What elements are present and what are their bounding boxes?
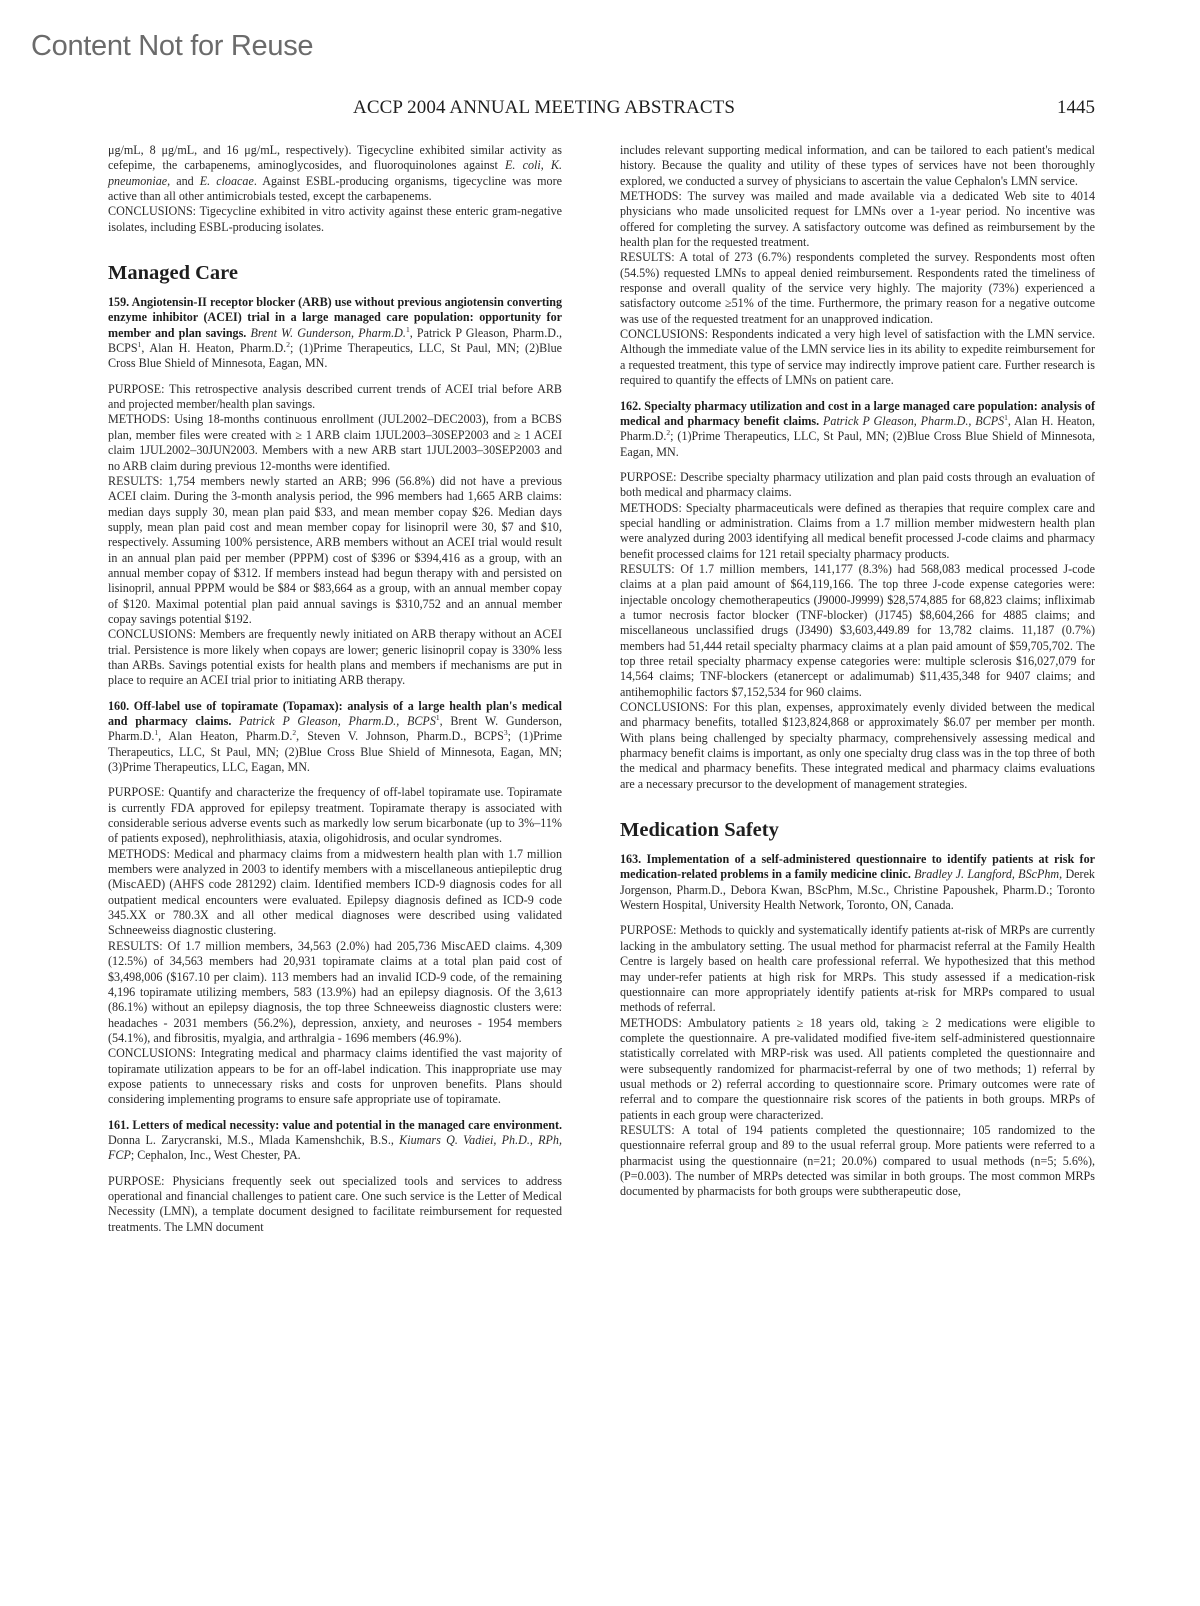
abstract-163: 163. Implementation of a self-administer… — [620, 852, 1095, 1200]
abstract-161-continued: includes relevant supporting medical inf… — [620, 143, 1095, 389]
results-paragraph: RESULTS: A total of 194 patients complet… — [620, 1123, 1095, 1200]
affiliations: ; Cephalon, Inc., West Chester, PA. — [131, 1148, 301, 1162]
page-number: 1445 — [1057, 97, 1095, 119]
results-paragraph: RESULTS: 1,754 members newly started an … — [108, 474, 562, 627]
section-heading-medication-safety: Medication Safety — [620, 818, 1095, 842]
abstract-header: 161. Letters of medical necessity: value… — [108, 1118, 562, 1164]
carryover-results: μg/mL, 8 μg/mL, and 16 μg/mL, respective… — [108, 143, 562, 204]
abstract-body: PURPOSE: Quantify and characterize the f… — [108, 785, 562, 1107]
organism-name: E. coli — [505, 158, 541, 172]
text-run: , — [541, 158, 551, 172]
abstract-body: PURPOSE: Methods to quickly and systemat… — [620, 923, 1095, 1199]
methods-paragraph: METHODS: Medical and pharmacy claims fro… — [108, 847, 562, 939]
conclusions-paragraph: CONCLUSIONS: For this plan, expenses, ap… — [620, 700, 1095, 792]
methods-paragraph: METHODS: Using 18-months continuous enro… — [108, 412, 562, 473]
organism-name: E. cloacae — [200, 174, 254, 188]
methods-paragraph: METHODS: The survey was mailed and made … — [620, 189, 1095, 250]
text-run: μg/mL, 8 μg/mL, and 16 μg/mL, respective… — [108, 143, 562, 172]
authors: , Alan Heaton, Pharm.D. — [158, 729, 292, 743]
results-paragraph: RESULTS: Of 1.7 million members, 141,177… — [620, 562, 1095, 700]
conclusions-paragraph: CONCLUSIONS: Members are frequently newl… — [108, 627, 562, 688]
abstract-header: 160. Off-label use of topiramate (Topama… — [108, 699, 562, 776]
authors: Donna L. Zarycranski, M.S., Mlada Kamens… — [108, 1133, 399, 1147]
abstract-body: PURPOSE: This retrospective analysis des… — [108, 382, 562, 689]
abstract-160: 160. Off-label use of topiramate (Topama… — [108, 699, 562, 1108]
abstract-159: 159. Angiotensin-II receptor blocker (AR… — [108, 295, 562, 689]
purpose-paragraph: PURPOSE: Methods to quickly and systemat… — [620, 923, 1095, 1015]
abstract-body: includes relevant supporting medical inf… — [620, 143, 1095, 389]
presenting-author: Patrick P Gleason, Pharm.D., BCPS — [823, 414, 1004, 428]
presenting-author: Bradley J. Langford, BScPhm — [914, 867, 1059, 881]
carryover-abstract: μg/mL, 8 μg/mL, and 16 μg/mL, respective… — [108, 143, 562, 235]
affiliations: ; (1)Prime Therapeutics, LLC, St Paul, M… — [620, 429, 1095, 458]
journal-running-title: ACCP 2004 ANNUAL MEETING ABSTRACTS — [353, 97, 735, 119]
results-paragraph: RESULTS: A total of 273 (6.7%) responden… — [620, 250, 1095, 327]
abstract-header: 159. Angiotensin-II receptor blocker (AR… — [108, 295, 562, 372]
conclusions-paragraph: CONCLUSIONS: Respondents indicated a ver… — [620, 327, 1095, 388]
purpose-paragraph: PURPOSE: Physicians frequently seek out … — [108, 1174, 562, 1235]
authors: , Alan H. Heaton, Pharm.D. — [141, 341, 286, 355]
text-run: , and — [167, 174, 200, 188]
presenting-author: Brent W. Gunderson, Pharm.D. — [251, 326, 406, 340]
methods-paragraph: METHODS: Ambulatory patients ≥ 18 years … — [620, 1016, 1095, 1123]
abstract-title: 161. Letters of medical necessity: value… — [108, 1118, 562, 1132]
carryover-conclusions: CONCLUSIONS: Tigecycline exhibited in vi… — [108, 204, 562, 235]
abstract-body: PURPOSE: Describe specialty pharmacy uti… — [620, 470, 1095, 792]
watermark: Content Not for Reuse — [31, 30, 313, 63]
right-column: includes relevant supporting medical inf… — [620, 143, 1095, 1200]
authors: , Steven V. Johnson, Pharm.D., BCPS — [296, 729, 504, 743]
abstract-header: 163. Implementation of a self-administer… — [620, 852, 1095, 913]
section-heading-managed-care: Managed Care — [108, 261, 562, 285]
left-column: μg/mL, 8 μg/mL, and 16 μg/mL, respective… — [108, 143, 562, 1235]
abstract-162: 162. Specialty pharmacy utilization and … — [620, 399, 1095, 793]
abstract-161: 161. Letters of medical necessity: value… — [108, 1118, 562, 1235]
abstract-body: PURPOSE: Physicians frequently seek out … — [108, 1174, 562, 1235]
conclusions-paragraph: CONCLUSIONS: Integrating medical and pha… — [108, 1046, 562, 1107]
purpose-paragraph-continued: includes relevant supporting medical inf… — [620, 143, 1095, 189]
running-head: ACCP 2004 ANNUAL MEETING ABSTRACTS 1445 — [108, 97, 1095, 123]
purpose-paragraph: PURPOSE: Describe specialty pharmacy uti… — [620, 470, 1095, 501]
purpose-paragraph: PURPOSE: This retrospective analysis des… — [108, 382, 562, 413]
purpose-paragraph: PURPOSE: Quantify and characterize the f… — [108, 785, 562, 846]
presenting-author: Patrick P Gleason, Pharm.D., BCPS — [239, 714, 436, 728]
methods-paragraph: METHODS: Specialty pharmaceuticals were … — [620, 501, 1095, 562]
results-paragraph: RESULTS: Of 1.7 million members, 34,563 … — [108, 939, 562, 1046]
abstract-header: 162. Specialty pharmacy utilization and … — [620, 399, 1095, 460]
